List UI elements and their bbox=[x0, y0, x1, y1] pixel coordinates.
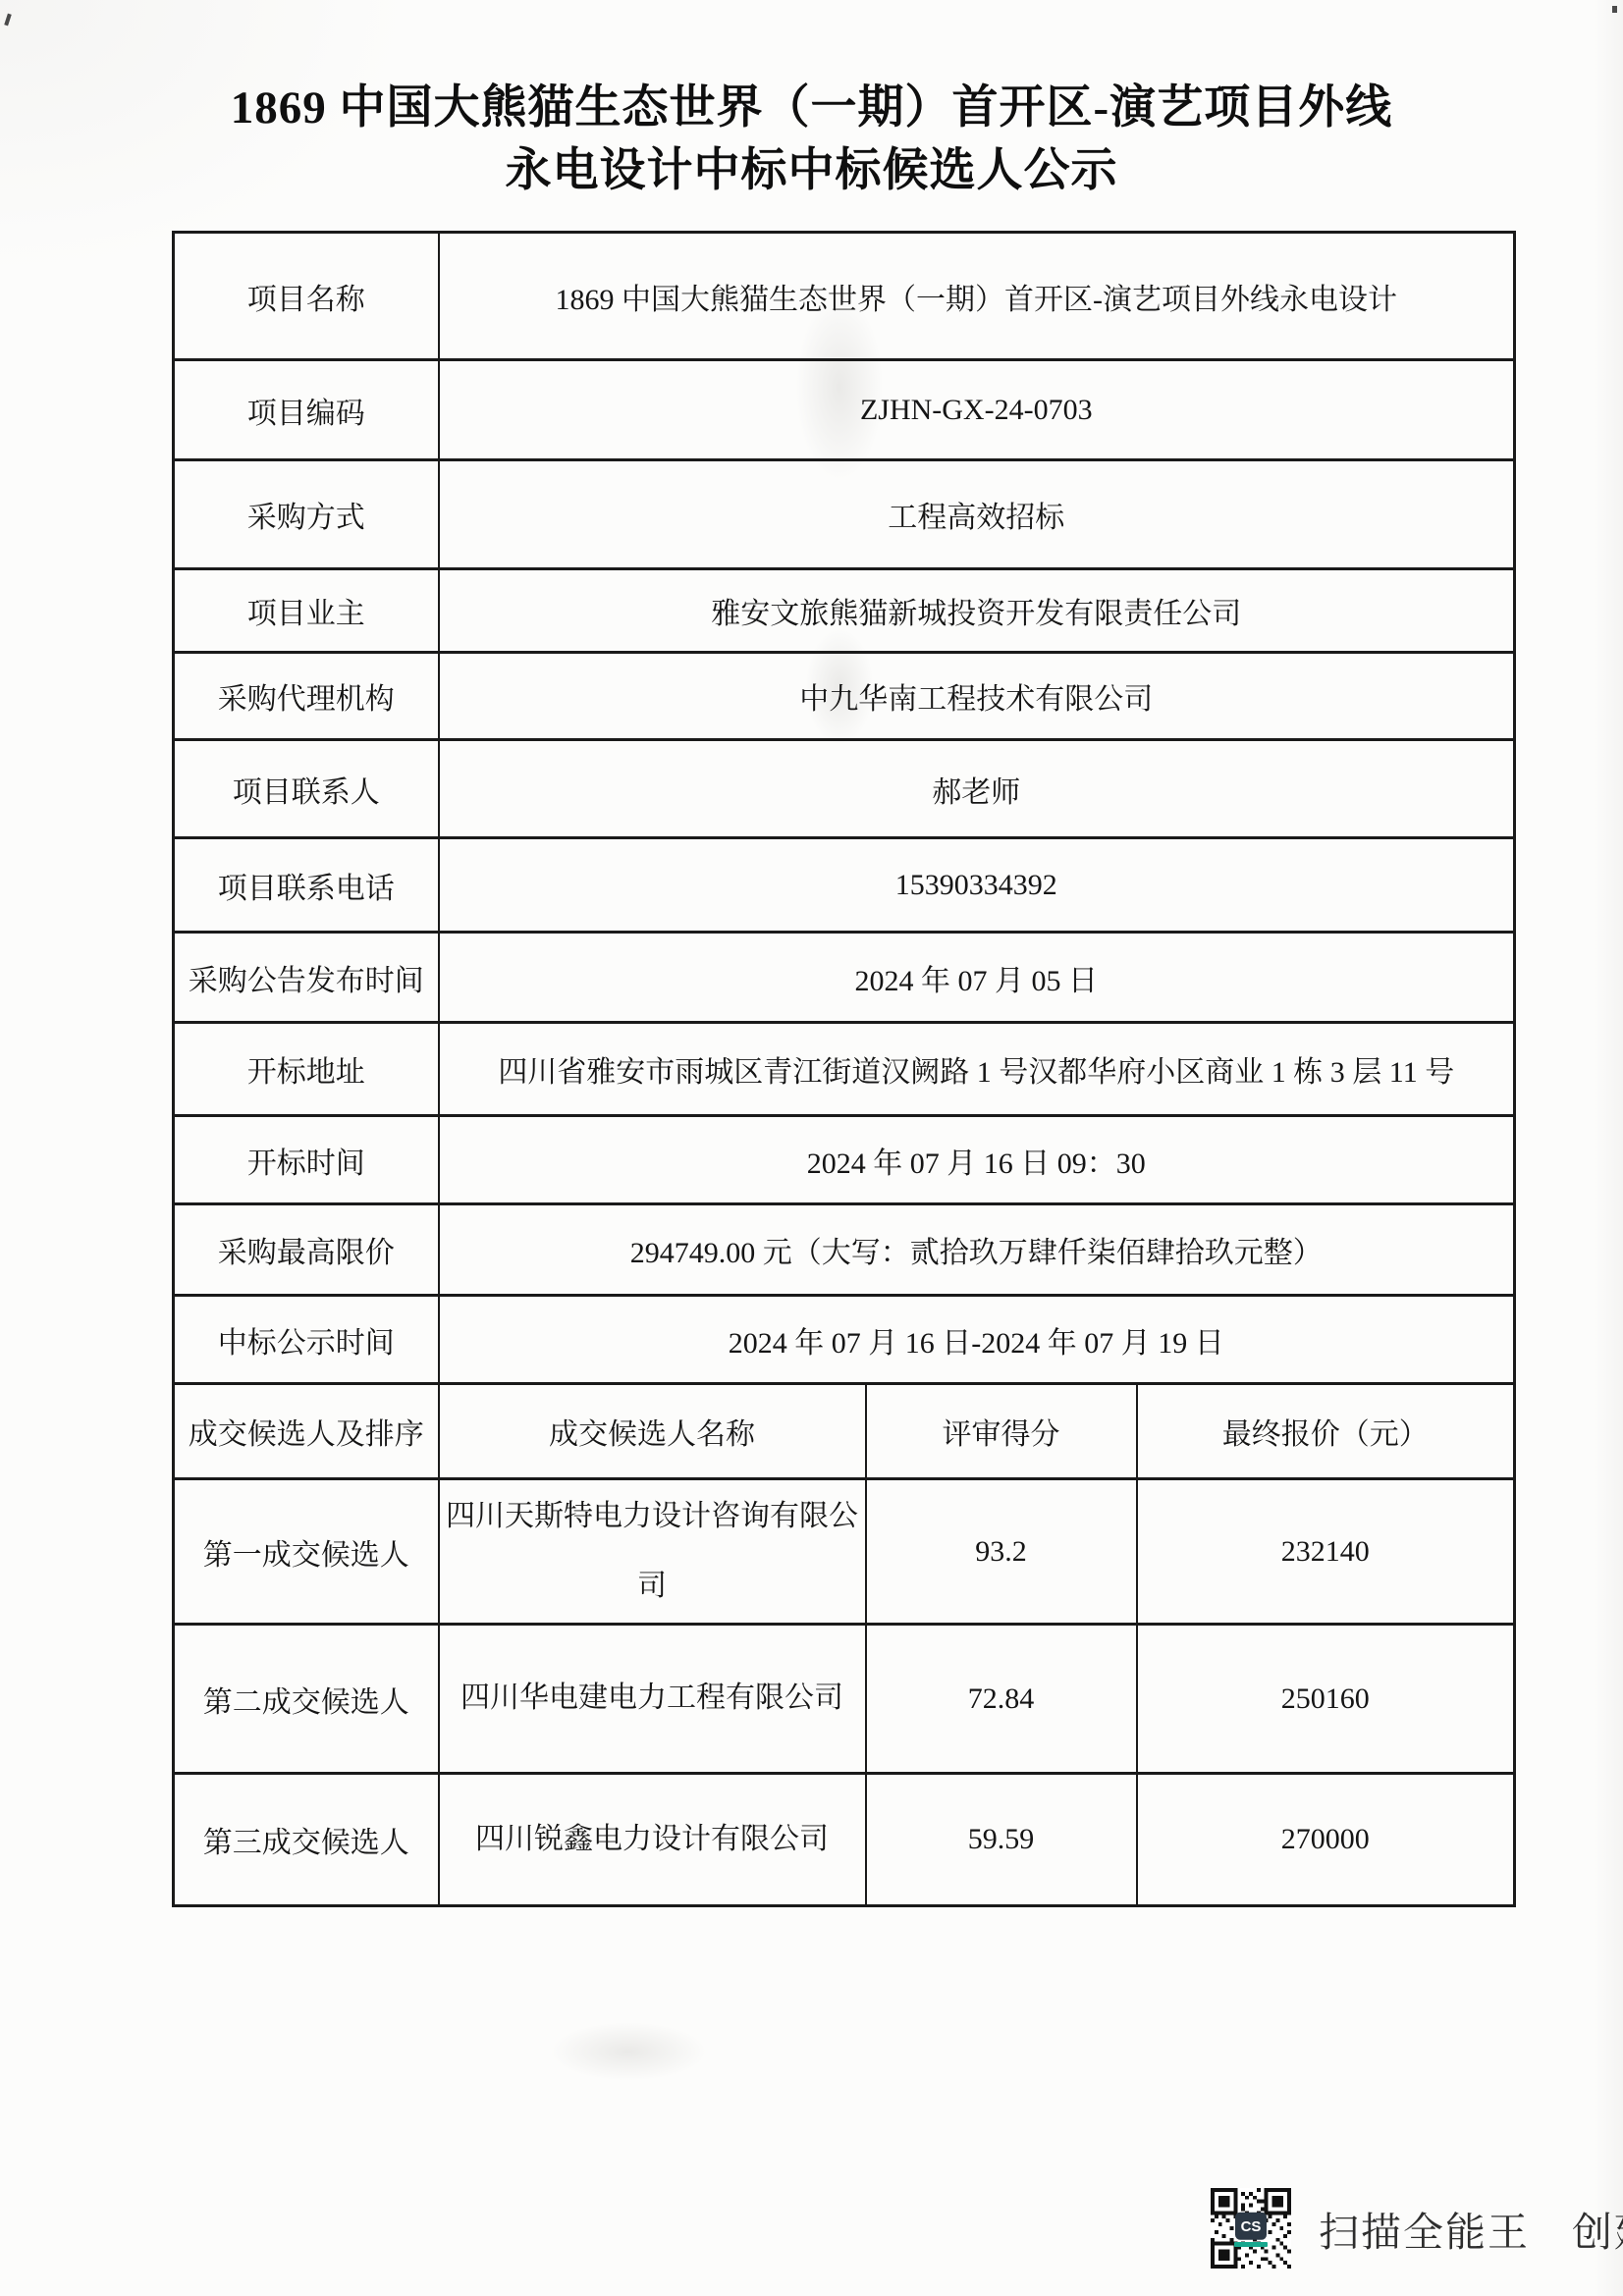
info-row: 采购公告发布时间 2024 年 07 月 05 日 bbox=[174, 933, 1515, 1023]
column-header: 成交候选人名称 bbox=[439, 1384, 866, 1479]
camscanner-watermark: CS 扫描全能王 创建 bbox=[1211, 2187, 1623, 2269]
scan-speck bbox=[1612, 6, 1617, 13]
row-value: 中九华南工程技术有限公司 bbox=[439, 653, 1515, 740]
candidate-score: 59.59 bbox=[866, 1774, 1137, 1906]
row-value: 2024 年 07 月 05 日 bbox=[439, 933, 1515, 1023]
row-label: 采购代理机构 bbox=[174, 653, 439, 740]
column-header: 最终报价（元） bbox=[1137, 1384, 1515, 1479]
row-label: 开标地址 bbox=[174, 1023, 439, 1116]
row-value: 2024 年 07 月 16 日-2024 年 07 月 19 日 bbox=[439, 1296, 1515, 1384]
page-title: 1869 中国大熊猫生态世界（一期）首开区-演艺项目外线 永电设计中标中标候选人… bbox=[0, 77, 1623, 202]
row-label: 采购公告发布时间 bbox=[174, 933, 439, 1023]
camscanner-logo-badge: CS bbox=[1235, 2213, 1267, 2240]
candidate-rank: 第二成交候选人 bbox=[174, 1625, 439, 1774]
row-label: 项目联系人 bbox=[174, 740, 439, 838]
candidate-score: 93.2 bbox=[866, 1479, 1137, 1625]
info-row: 项目联系电话 15390334392 bbox=[174, 838, 1515, 933]
candidate-price: 232140 bbox=[1137, 1479, 1515, 1625]
candidate-score: 72.84 bbox=[866, 1625, 1137, 1774]
info-row: 中标公示时间 2024 年 07 月 16 日-2024 年 07 月 19 日 bbox=[174, 1296, 1515, 1384]
page-title-line1: 1869 中国大熊猫生态世界（一期）首开区-演艺项目外线 bbox=[0, 77, 1623, 139]
row-label: 项目编码 bbox=[174, 360, 439, 460]
scanner-credit-text: 扫描全能王 创建 bbox=[1319, 2200, 1623, 2258]
info-row: 项目编码 ZJHN-GX-24-0703 bbox=[174, 360, 1515, 460]
row-value: 1869 中国大熊猫生态世界（一期）首开区-演艺项目外线永电设计 bbox=[439, 233, 1515, 360]
column-header: 成交候选人及排序 bbox=[174, 1384, 439, 1479]
candidate-rank: 第三成交候选人 bbox=[174, 1774, 439, 1906]
info-row: 采购方式 工程高效招标 bbox=[174, 460, 1515, 569]
candidate-price: 270000 bbox=[1137, 1774, 1515, 1906]
row-value: ZJHN-GX-24-0703 bbox=[439, 360, 1515, 460]
candidate-name: 四川锐鑫电力设计有限公司 bbox=[439, 1774, 866, 1906]
row-label: 开标时间 bbox=[174, 1116, 439, 1204]
row-value: 雅安文旅熊猫新城投资开发有限责任公司 bbox=[439, 569, 1515, 653]
candidate-name: 四川华电建电力工程有限公司 bbox=[439, 1625, 866, 1774]
row-value: 四川省雅安市雨城区青江街道汉阙路 1 号汉都华府小区商业 1 栋 3 层 11 … bbox=[439, 1023, 1515, 1116]
scan-speck bbox=[4, 14, 12, 27]
row-value: 2024 年 07 月 16 日 09：30 bbox=[439, 1116, 1515, 1204]
qr-code-icon: CS bbox=[1211, 2188, 1291, 2269]
row-label: 采购最高限价 bbox=[174, 1204, 439, 1296]
info-row: 开标地址 四川省雅安市雨城区青江街道汉阙路 1 号汉都华府小区商业 1 栋 3 … bbox=[174, 1023, 1515, 1116]
row-value: 郝老师 bbox=[439, 740, 1515, 838]
info-row: 项目联系人 郝老师 bbox=[174, 740, 1515, 838]
candidate-header-row: 成交候选人及排序 成交候选人名称 评审得分 最终报价（元） bbox=[174, 1384, 1515, 1479]
row-value: 工程高效招标 bbox=[439, 460, 1515, 569]
candidate-name: 四川天斯特电力设计咨询有限公司 bbox=[439, 1479, 866, 1625]
candidate-price: 250160 bbox=[1137, 1625, 1515, 1774]
bid-announcement-table: 项目名称 1869 中国大熊猫生态世界（一期）首开区-演艺项目外线永电设计 项目… bbox=[172, 231, 1516, 1907]
candidate-row: 第三成交候选人 四川锐鑫电力设计有限公司 59.59 270000 bbox=[174, 1774, 1515, 1906]
info-row: 项目业主 雅安文旅熊猫新城投资开发有限责任公司 bbox=[174, 569, 1515, 653]
row-label: 项目联系电话 bbox=[174, 838, 439, 933]
row-value: 15390334392 bbox=[439, 838, 1515, 933]
page-title-line2: 永电设计中标中标候选人公示 bbox=[0, 139, 1623, 202]
candidate-row: 第二成交候选人 四川华电建电力工程有限公司 72.84 250160 bbox=[174, 1625, 1515, 1774]
row-label: 项目名称 bbox=[174, 233, 439, 360]
candidate-row: 第一成交候选人 四川天斯特电力设计咨询有限公司 93.2 232140 bbox=[174, 1479, 1515, 1625]
info-row: 项目名称 1869 中国大熊猫生态世界（一期）首开区-演艺项目外线永电设计 bbox=[174, 233, 1515, 360]
info-row: 采购代理机构 中九华南工程技术有限公司 bbox=[174, 653, 1515, 740]
info-row: 开标时间 2024 年 07 月 16 日 09：30 bbox=[174, 1116, 1515, 1204]
candidate-rank: 第一成交候选人 bbox=[174, 1479, 439, 1625]
row-label: 项目业主 bbox=[174, 569, 439, 653]
column-header: 评审得分 bbox=[866, 1384, 1137, 1479]
row-value: 294749.00 元（大写：贰拾玖万肆仟柒佰肆拾玖元整） bbox=[439, 1204, 1515, 1296]
scan-artifact bbox=[550, 2022, 707, 2081]
camscanner-badge-underline bbox=[1234, 2242, 1268, 2247]
camscanner-badge-label: CS bbox=[1241, 2217, 1262, 2234]
info-row: 采购最高限价 294749.00 元（大写：贰拾玖万肆仟柒佰肆拾玖元整） bbox=[174, 1204, 1515, 1296]
row-label: 采购方式 bbox=[174, 460, 439, 569]
row-label: 中标公示时间 bbox=[174, 1296, 439, 1384]
